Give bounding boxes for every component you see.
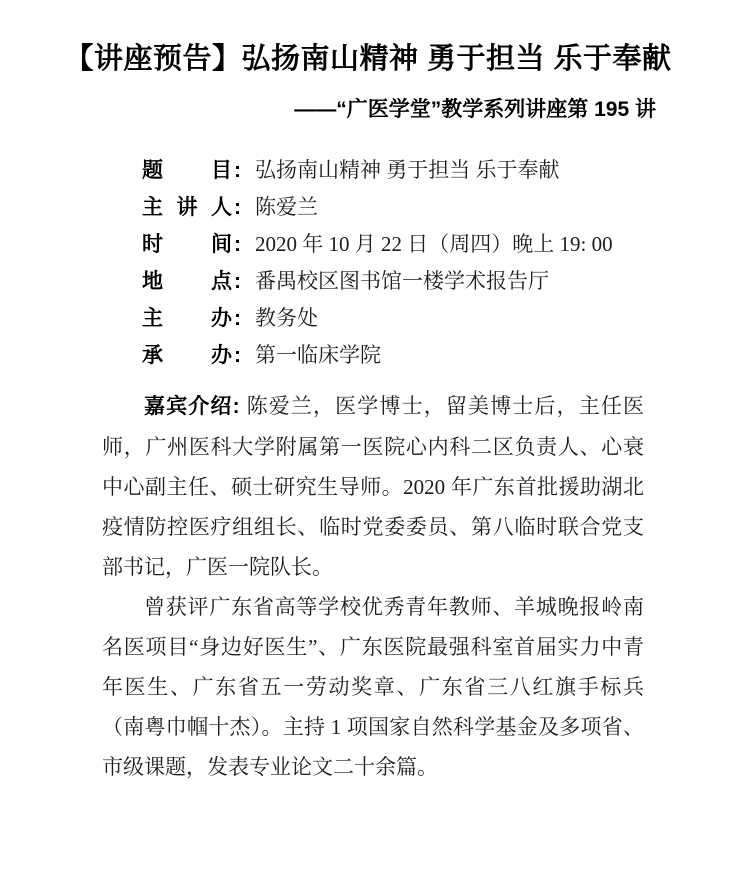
detail-row-time: 时间: 2020 年 10 月 22 日（周四）晚上 19: 00: [142, 228, 736, 265]
speaker-colon: :: [234, 196, 241, 220]
bio-intro-text: 陈爱兰，医学博士，留美博士后，主任医师，广州医科大学附属第一医院心内科二区负责人…: [102, 394, 644, 579]
detail-row-speaker: 主讲人: 陈爱兰: [142, 191, 736, 228]
topic-label: 题目: [142, 154, 232, 184]
organizer-colon: :: [234, 307, 241, 331]
speaker-label: 主讲人: [142, 191, 232, 221]
co-organizer-colon: :: [234, 344, 241, 368]
organizer-value: 教务处: [255, 302, 318, 332]
detail-row-organizer: 主办: 教务处: [142, 302, 736, 339]
time-value: 2020 年 10 月 22 日（周四）晚上 19: 00: [255, 228, 613, 258]
time-colon: :: [234, 233, 241, 257]
bio-intro-label: 嘉宾介绍:: [144, 395, 247, 418]
topic-value: 弘扬南山精神 勇于担当 乐于奉献: [255, 154, 560, 184]
venue-colon: :: [234, 270, 241, 294]
lecture-title: 【讲座预告】弘扬南山精神 勇于担当 乐于奉献: [0, 0, 736, 78]
lecture-details-list: 题目: 弘扬南山精神 勇于担当 乐于奉献 主讲人: 陈爱兰 时间: 2020 年…: [0, 154, 736, 376]
topic-colon: :: [234, 159, 241, 183]
co-organizer-value: 第一临床学院: [255, 339, 381, 369]
venue-value: 番禺校区图书馆一楼学术报告厅: [255, 265, 549, 295]
time-label: 时间: [142, 228, 232, 258]
lecture-series-subtitle: ——“广医学堂”教学系列讲座第 195 讲: [0, 96, 736, 124]
bio-paragraph-awards: 曾获评广东省高等学校优秀青年教师、羊城晚报岭南名医项目“身边好医生”、广东医院最…: [102, 587, 644, 787]
detail-row-venue: 地点: 番禺校区图书馆一楼学术报告厅: [142, 265, 736, 302]
co-organizer-label: 承办: [142, 339, 232, 369]
document-page: 【讲座预告】弘扬南山精神 勇于担当 乐于奉献 ——“广医学堂”教学系列讲座第 1…: [0, 0, 736, 871]
detail-row-topic: 题目: 弘扬南山精神 勇于担当 乐于奉献: [142, 154, 736, 191]
bio-paragraph-intro: 嘉宾介绍: 陈爱兰，医学博士，留美博士后，主任医师，广州医科大学附属第一医院心内…: [102, 386, 644, 587]
venue-label: 地点: [142, 265, 232, 295]
detail-row-co-organizer: 承办: 第一临床学院: [142, 339, 736, 376]
speaker-value: 陈爱兰: [255, 191, 318, 221]
speaker-bio-section: 嘉宾介绍: 陈爱兰，医学博士，留美博士后，主任医师，广州医科大学附属第一医院心内…: [102, 386, 644, 787]
organizer-label: 主办: [142, 302, 232, 332]
